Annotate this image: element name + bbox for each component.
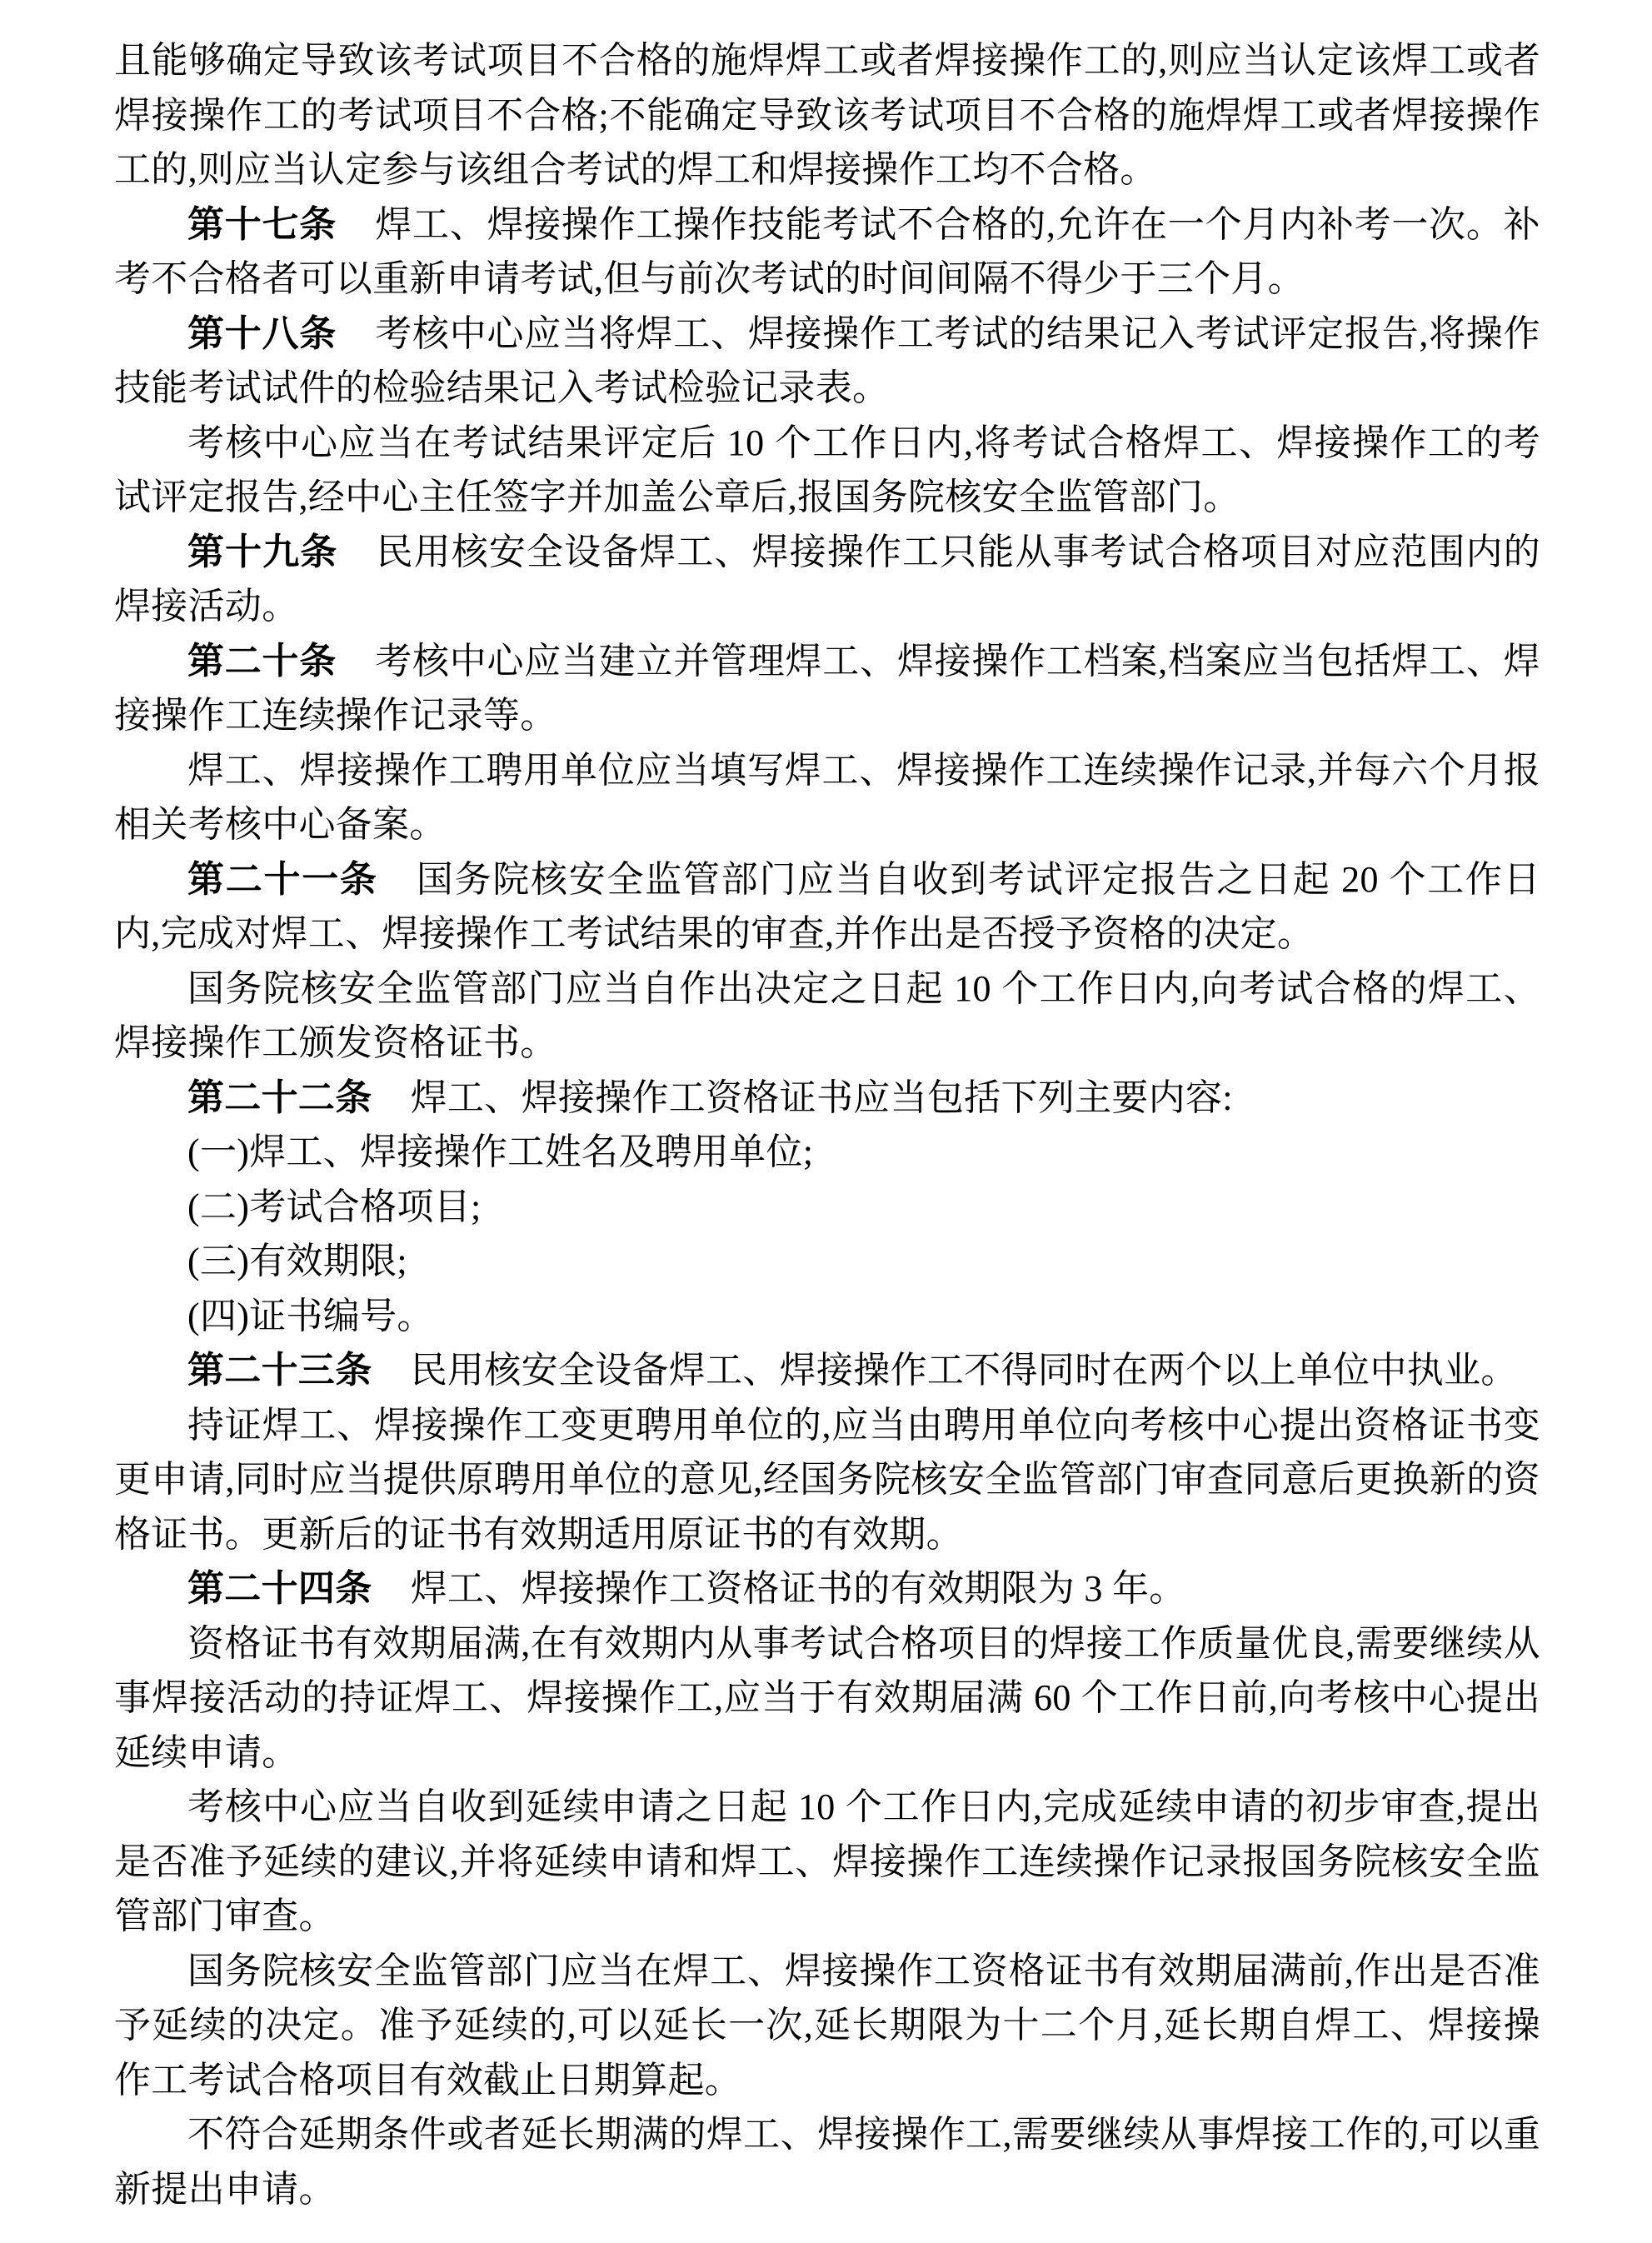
article-24-paragraph-3: 考核中心应当自收到延续申请之日起 10 个工作日内,完成延续申请的初步审查,提出…: [114, 1780, 1540, 1944]
article-24-number: 第二十四条: [187, 1568, 372, 1609]
paragraph-text: 考核中心应当在考试结果评定后 10 个工作日内,将考试合格焊工、焊接操作工的考试…: [114, 422, 1540, 518]
article-20-paragraph-2: 焊工、焊接操作工聘用单位应当填写焊工、焊接操作工连续操作记录,并每六个月报相关考…: [114, 743, 1540, 852]
paragraph-text: 资格证书有效期届满,在有效期内从事考试合格项目的焊接工作质量优良,需要继续从事焊…: [114, 1623, 1540, 1773]
paragraph-text: (四)证书编号。: [187, 1296, 434, 1336]
article-22-number: 第二十二条: [187, 1077, 372, 1118]
article-22-item-2: (二)考试合格项目;: [114, 1180, 1540, 1235]
paragraph-text: 国务院核安全监管部门应当自作出决定之日起 10 个工作日内,向考试合格的焊工、焊…: [114, 968, 1540, 1064]
article-21-paragraph: 第二十一条国务院核安全监管部门应当自收到考试评定报告之日起 20 个工作日内,完…: [114, 852, 1540, 962]
article-23-paragraph: 第二十三条民用核安全设备焊工、焊接操作工不得同时在两个以上单位中执业。: [114, 1343, 1540, 1398]
paragraph-text: 焊工、焊接操作工资格证书的有效期限为 3 年。: [411, 1568, 1186, 1609]
article-19-paragraph: 第十九条民用核安全设备焊工、焊接操作工只能从事考试合格项目对应范围内的焊接活动。: [114, 525, 1540, 634]
article-19-number: 第十九条: [187, 532, 337, 572]
article-22-paragraph: 第二十二条焊工、焊接操作工资格证书应当包括下列主要内容:: [114, 1071, 1540, 1126]
article-18-paragraph-2: 考核中心应当在考试结果评定后 10 个工作日内,将考试合格焊工、焊接操作工的考试…: [114, 416, 1540, 525]
article-22-item-1: (一)焊工、焊接操作工姓名及聘用单位;: [114, 1125, 1540, 1180]
paragraph-text: 焊工、焊接操作工聘用单位应当填写焊工、焊接操作工连续操作记录,并每六个月报相关考…: [114, 750, 1540, 846]
paragraph-text: 持证焊工、焊接操作工变更聘用单位的,应当由聘用单位向考核中心提出资格证书变更申请…: [114, 1405, 1540, 1555]
paragraph-text: 国务院核安全监管部门应当在焊工、焊接操作工资格证书有效期届满前,作出是否准予延续…: [114, 1951, 1540, 2101]
article-20-number: 第二十条: [187, 641, 337, 682]
article-18-paragraph: 第十八条考核中心应当将焊工、焊接操作工考试的结果记入考试评定报告,将操作技能考试…: [114, 307, 1540, 416]
paragraph-text: (三)有效期限;: [187, 1241, 407, 1281]
paragraph-text: 考核中心应当自收到延续申请之日起 10 个工作日内,完成延续申请的初步审查,提出…: [114, 1786, 1540, 1936]
paragraph-text: 民用核安全设备焊工、焊接操作工不得同时在两个以上单位中执业。: [411, 1350, 1518, 1391]
document-page: 且能够确定导致该考试项目不合格的施焊焊工或者焊接操作工的,则应当认定该焊工或者焊…: [0, 0, 1652, 2243]
article-22-item-4: (四)证书编号。: [114, 1289, 1540, 1344]
article-21-number: 第二十一条: [187, 859, 378, 900]
article-24-paragraph-4: 国务院核安全监管部门应当在焊工、焊接操作工资格证书有效期届满前,作出是否准予延续…: [114, 1944, 1540, 2108]
paragraph-text: (一)焊工、焊接操作工姓名及聘用单位;: [187, 1131, 813, 1172]
paragraph-text: (二)考试合格项目;: [187, 1186, 482, 1227]
article-21-paragraph-2: 国务院核安全监管部门应当自作出决定之日起 10 个工作日内,向考试合格的焊工、焊…: [114, 962, 1540, 1071]
article-24-paragraph-5: 不符合延期条件或者延长期满的焊工、焊接操作工,需要继续从事焊接工作的,可以重新提…: [114, 2107, 1540, 2216]
article-20-paragraph: 第二十条考核中心应当建立并管理焊工、焊接操作工档案,档案应当包括焊工、焊接操作工…: [114, 634, 1540, 743]
paragraph-text: 不符合延期条件或者延长期满的焊工、焊接操作工,需要继续从事焊接工作的,可以重新提…: [114, 2114, 1540, 2210]
article-24-paragraph-2: 资格证书有效期届满,在有效期内从事考试合格项目的焊接工作质量优良,需要继续从事焊…: [114, 1616, 1540, 1781]
article-23-paragraph-2: 持证焊工、焊接操作工变更聘用单位的,应当由聘用单位向考核中心提出资格证书变更申请…: [114, 1398, 1540, 1562]
article-18-number: 第十八条: [187, 313, 337, 354]
paragraph-continuation: 且能够确定导致该考试项目不合格的施焊焊工或者焊接操作工的,则应当认定该焊工或者焊…: [114, 33, 1540, 197]
paragraph-text: 焊工、焊接操作工资格证书应当包括下列主要内容:: [411, 1077, 1233, 1118]
article-22-item-3: (三)有效期限;: [114, 1234, 1540, 1289]
article-24-paragraph: 第二十四条焊工、焊接操作工资格证书的有效期限为 3 年。: [114, 1561, 1540, 1616]
article-17-number: 第十七条: [187, 204, 337, 245]
article-23-number: 第二十三条: [187, 1350, 372, 1391]
article-17-paragraph: 第十七条焊工、焊接操作工操作技能考试不合格的,允许在一个月内补考一次。补考不合格…: [114, 197, 1540, 307]
paragraph-text: 且能够确定导致该考试项目不合格的施焊焊工或者焊接操作工的,则应当认定该焊工或者焊…: [114, 40, 1540, 190]
